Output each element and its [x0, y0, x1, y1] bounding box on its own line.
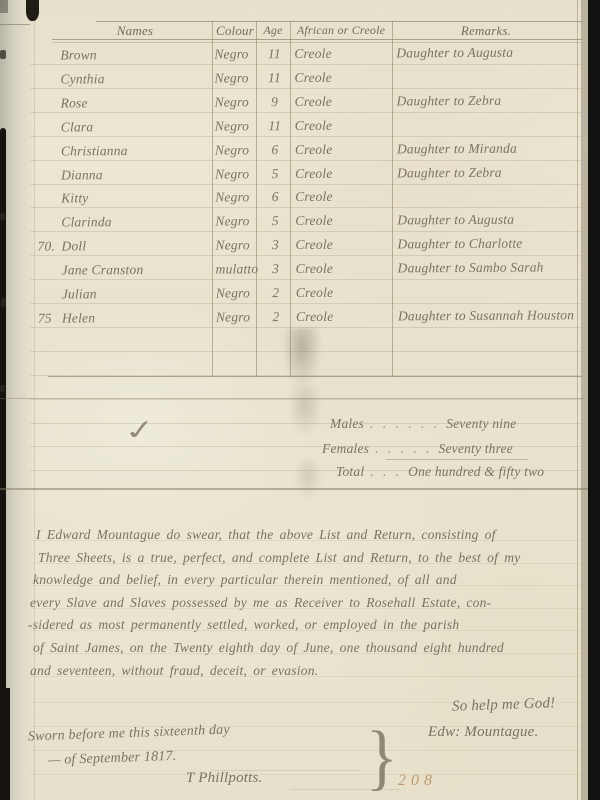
cell-remarks: Daughter to Sambo Sarah	[398, 260, 544, 277]
cell-age: 9	[255, 94, 295, 110]
females-value-underline	[386, 459, 528, 460]
scan-background-right	[588, 0, 600, 800]
cell-african-or-creole: Creole	[295, 189, 333, 205]
oath-line: and seventeen, without fraud, deceit, or…	[30, 663, 318, 679]
scan-edge-mark	[0, 50, 6, 59]
column-header-african-or-creole: African or Creole	[290, 23, 392, 38]
cell-african-or-creole: Creole	[294, 70, 332, 86]
cell-remarks: Daughter to Augusta	[396, 45, 513, 62]
cell-age: 6	[255, 189, 295, 205]
table-row: KittyNegro6Creole	[37, 188, 585, 213]
column-header-age: Age	[256, 23, 290, 38]
cell-name: Clarinda	[61, 214, 111, 230]
cell-name: Doll	[61, 238, 86, 254]
attestation-line-2: — of September 1817.	[48, 749, 177, 769]
cell-name: Jane Cranston	[62, 262, 144, 278]
ruled-line	[30, 774, 582, 775]
scanned-register-page: Names Colour Age African or Creole Remar…	[0, 0, 600, 800]
cell-african-or-creole: Creole	[295, 213, 333, 229]
cell-age: 11	[255, 118, 295, 134]
table-row: JulianNegro2Creole	[38, 283, 586, 308]
cell-age: 5	[255, 213, 295, 229]
cell-african-or-creole: Creole	[294, 46, 332, 62]
table-row: 70.DollNegro3CreoleDaughter to Charlotte	[37, 235, 585, 260]
section-rule	[0, 398, 584, 399]
scan-edge-mark	[1, 298, 6, 307]
totals-total: Total. . .One hundred & fifty two	[336, 464, 544, 480]
table-body: BrownNegro11CreoleDaughter to AugustaCyn…	[0, 0, 600, 2]
cell-age: 5	[255, 166, 295, 182]
oath-line: Three Sheets, is a true, perfect, and co…	[38, 550, 520, 566]
cell-name: Brown	[60, 47, 97, 63]
oath-line: I Edward Mountague do swear, that the ab…	[36, 527, 496, 543]
table-row: RoseNegro9CreoleDaughter to Zebra	[37, 92, 585, 117]
oath-line: every Slave and Slaves possessed by me a…	[30, 595, 491, 611]
ink-smudge	[294, 460, 322, 502]
totals-females: Females. . . . .Seventy three	[322, 441, 513, 457]
cell-name: Cynthia	[60, 71, 104, 87]
cell-name: Christianna	[61, 143, 128, 159]
cell-colour: Negro	[216, 309, 250, 325]
ink-smudge	[288, 386, 322, 436]
gutter-crease-line	[0, 24, 30, 25]
table-row: ChristiannaNegro6CreoleDaughter to Miran…	[37, 140, 585, 165]
cell-entry-number: 75	[38, 310, 60, 326]
cell-colour: Negro	[215, 237, 249, 253]
cell-african-or-creole: Creole	[295, 141, 333, 157]
cell-african-or-creole: Creole	[296, 285, 334, 301]
cell-age: 6	[255, 142, 295, 158]
cell-age: 3	[255, 237, 295, 253]
cell-remarks: Daughter to Charlotte	[397, 236, 522, 253]
table-row: ClaraNegro11Creole	[37, 116, 585, 141]
pencil-checkmark: ✓	[121, 413, 159, 448]
ink-blot-top-left	[26, 0, 39, 21]
cell-african-or-creole: Creole	[295, 117, 333, 133]
cell-colour: Negro	[215, 166, 249, 182]
oath-line: of Saint James, on the Twenty eighth day…	[33, 640, 504, 656]
cell-colour: Negro	[215, 118, 249, 134]
cell-name: Kitty	[61, 191, 88, 207]
cell-colour: mulatto	[216, 261, 259, 277]
table-row: ClarindaNegro5CreoleDaughter to Augusta	[37, 212, 585, 237]
header-underline	[52, 39, 582, 40]
table-row: 75HelenNegro2CreoleDaughter to Susannah …	[38, 307, 586, 332]
oath-line: knowledge and belief, in every particula…	[33, 572, 457, 588]
table-row: DiannaNegro5CreoleDaughter to Zebra	[37, 164, 585, 189]
cell-colour: Negro	[215, 142, 249, 158]
females-value: Seventy three	[439, 441, 513, 456]
oath-closing-phrase: So help me God!	[452, 695, 556, 716]
scan-edge-mark	[0, 213, 5, 220]
leader-dots: . . .	[370, 464, 402, 479]
cell-age: 3	[256, 261, 296, 277]
totals-males: Males. . . . . .Seventy nine	[330, 416, 516, 432]
table-top-rule	[96, 21, 582, 22]
males-label: Males	[330, 416, 364, 431]
cell-remarks: Daughter to Zebra	[397, 164, 502, 181]
females-label: Females	[322, 441, 369, 456]
cell-name: Julian	[62, 286, 97, 302]
column-header-remarks: Remarks.	[394, 23, 578, 39]
cell-age: 11	[254, 46, 294, 62]
cell-age: 2	[256, 309, 296, 325]
table-row: Jane Cranstonmulatto3CreoleDaughter to S…	[38, 259, 586, 284]
binding-shadow-left-lower	[0, 688, 10, 800]
signature-rule	[290, 789, 400, 790]
cell-colour: Negro	[215, 94, 249, 110]
cell-african-or-creole: Creole	[295, 165, 333, 181]
cell-colour: Negro	[215, 214, 249, 230]
cell-name: Clara	[61, 119, 94, 135]
column-header-names: Names	[60, 23, 210, 39]
cell-entry-number: 70.	[37, 239, 59, 255]
cell-african-or-creole: Creole	[296, 261, 334, 277]
table-bottom-rule	[48, 376, 582, 377]
cell-age: 11	[254, 70, 294, 86]
ruled-line	[30, 351, 582, 352]
cell-african-or-creole: Creole	[296, 309, 334, 325]
table-row: CynthiaNegro11Creole	[36, 68, 584, 93]
cell-colour: Negro	[216, 285, 250, 301]
cell-age: 2	[256, 285, 296, 301]
cell-colour: Negro	[215, 190, 249, 206]
scan-edge-mark	[0, 385, 5, 392]
cell-colour: Negro	[214, 46, 248, 62]
cell-remarks: Daughter to Zebra	[397, 93, 502, 110]
leader-dots: . . . . . .	[370, 416, 440, 431]
total-label: Total	[336, 464, 364, 479]
cell-name: Dianna	[61, 167, 103, 183]
witness-signature: T Phillpotts.	[186, 770, 263, 787]
scan-edge-mark	[0, 0, 8, 13]
table-row: BrownNegro11CreoleDaughter to Augusta	[36, 44, 584, 69]
cell-remarks: Daughter to Miranda	[397, 140, 517, 157]
cell-african-or-creole: Creole	[295, 94, 333, 110]
cell-name: Helen	[62, 310, 95, 326]
deponent-signature: Edw: Mountague.	[428, 724, 538, 741]
cell-african-or-creole: Creole	[295, 237, 333, 253]
page-left-edge-line	[34, 0, 35, 800]
column-header-colour: Colour	[214, 23, 256, 39]
oath-line: -sidered as most permanently settled, wo…	[28, 617, 459, 633]
attestation-brace: }	[366, 716, 398, 800]
leader-dots: . . . . .	[375, 441, 432, 456]
cell-colour: Negro	[214, 70, 248, 86]
cell-remarks: Daughter to Augusta	[397, 212, 514, 229]
header-underline-2	[52, 42, 582, 43]
males-value: Seventy nine	[446, 416, 516, 431]
total-value: One hundred & fifty two	[408, 464, 544, 479]
folio-number: 208	[398, 772, 437, 790]
cell-name: Rose	[61, 95, 88, 111]
section-rule-strong	[0, 488, 588, 490]
ink-smudge	[282, 328, 322, 390]
cell-remarks: Daughter to Susannah Houston	[398, 307, 574, 324]
